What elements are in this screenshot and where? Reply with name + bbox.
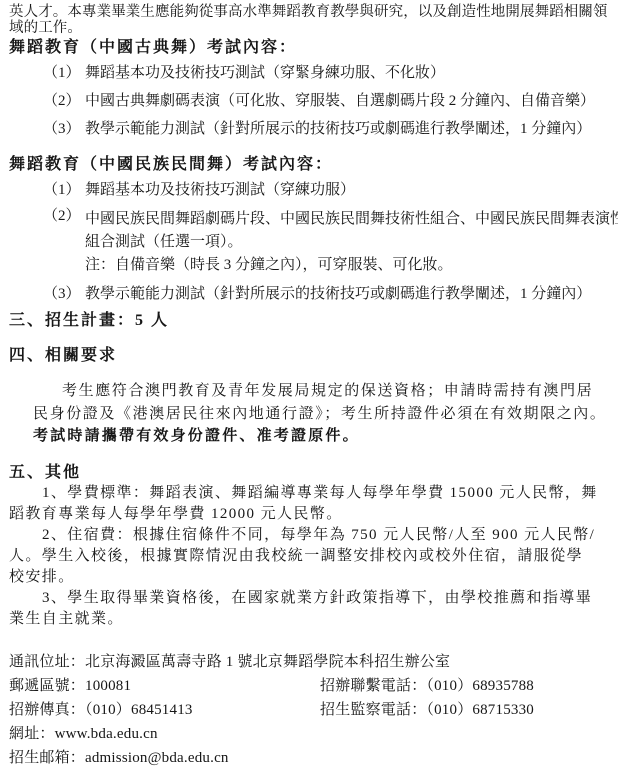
text-line: 舞蹈基本功及技術技巧測試（穿練功服） [85, 182, 355, 198]
text-line: 中國民族民間舞蹈劇碼片段、中國民族民間舞技術性組合、中國民族民間舞表演性 [85, 208, 610, 231]
classical-dance-exam-heading: 舞蹈教育（中國古典舞）考試內容： [9, 39, 610, 57]
text-line: 3、學生取得畢業資格後，在國家就業方針政策指導下，由學校推薦和指導畢 [9, 588, 610, 609]
contact-email: 招生邮箱：admission@bda.edu.cn [9, 746, 610, 766]
others-section: 1、學費標準：舞蹈表演、舞蹈編導專業每人每學年學費 15000 元人民幣，舞 蹈… [9, 483, 610, 630]
text-line: 蹈教育專業每人每學年學費 12000 元人民幣。 [9, 504, 610, 525]
item-text: 教學示範能力測試（針對所展示的技術技巧或劇碼進行教學闡述，1 分鐘內） [85, 286, 610, 303]
item-number: （2） [43, 208, 85, 277]
others-heading: 五、其他 [9, 464, 610, 482]
list-item: （1） 舞蹈基本功及技術技巧測試（穿緊身練功服、不化妝） [43, 65, 610, 82]
contact-postal-code: 郵遞區號：100081 [9, 674, 320, 698]
contact-website: 網址：www.bda.edu.cn [9, 722, 610, 746]
contact-fax: 招辦傳真：（010）68451413 [9, 698, 320, 722]
text-line: 校安排。 [9, 567, 610, 588]
text-line: 舞蹈基本功及技術技巧測試（穿緊身練功服、不化妝） [85, 65, 445, 81]
item-number: （3） [43, 286, 85, 303]
requirements-heading: 四、相關要求 [9, 347, 610, 365]
folk-dance-exam-heading: 舞蹈教育（中國民族民間舞）考試內容： [9, 156, 610, 174]
accommodation-paragraph: 2、住宿費：根據住宿條件不同，每學年為 750 元人民幣/人至 900 元人民幣… [9, 525, 610, 588]
item-number: （1） [43, 65, 85, 82]
text-line: 教學示範能力測試（針對所展示的技術技巧或劇碼進行教學闡述，1 分鐘內） [85, 286, 591, 302]
list-item: （3） 教學示範能力測試（針對所展示的技術技巧或劇碼進行教學闡述，1 分鐘內） [43, 286, 610, 303]
text-line: 中國古典舞劇碼表演（可化妝、穿服裝、自選劇碼片段 2 分鐘內、自備音樂） [85, 93, 595, 109]
contact-row: 郵遞區號：100081 招辦聯繫電話：（010）68935788 [9, 674, 610, 698]
item-text: 中國古典舞劇碼表演（可化妝、穿服裝、自選劇碼片段 2 分鐘內、自備音樂） [85, 93, 610, 110]
text-line: 業生自主就業。 [9, 609, 610, 630]
list-item: （2） 中國古典舞劇碼表演（可化妝、穿服裝、自選劇碼片段 2 分鐘內、自備音樂） [43, 93, 610, 110]
text-line: 民身份證及《港澳居民往來內地通行證》；考生所持證件必須在有效期限之內。 [33, 403, 610, 426]
list-item: （1） 舞蹈基本功及技術技巧測試（穿練功服） [43, 182, 610, 199]
enrollment-plan-heading: 三、招生計畫：5 人 [9, 312, 610, 330]
item-number: （1） [43, 182, 85, 199]
text-line: 域的工作。 [9, 21, 610, 37]
text-line: 1、學費標準：舞蹈表演、舞蹈編導專業每人每學年學費 15000 元人民幣，舞 [9, 483, 610, 504]
text-line: 考生應符合澳門教育及青年发展局規定的保送資格；申請時需持有澳門居 [33, 380, 610, 403]
contact-address: 通訊位址：北京海澱區萬壽寺路 1 號北京舞蹈學院本科招生辦公室 [9, 650, 610, 674]
list-item: （2） 中國民族民間舞蹈劇碼片段、中國民族民間舞技術性組合、中國民族民間舞表演性… [43, 208, 610, 277]
list-item: （3） 教學示範能力測試（針對所展示的技術技巧或劇碼進行教學闡述，1 分鐘內） [43, 121, 610, 138]
contact-block: 通訊位址：北京海澱區萬壽寺路 1 號北京舞蹈學院本科招生辦公室 郵遞區號：100… [9, 650, 610, 766]
item-text: 舞蹈基本功及技術技巧測試（穿練功服） [85, 182, 610, 199]
item-text: 舞蹈基本功及技術技巧測試（穿緊身練功服、不化妝） [85, 65, 610, 82]
document-page: 英人才。本專業畢業生應能夠從事高水準舞蹈教育教學與研究，以及創造性地開展舞蹈相關… [0, 0, 618, 766]
contact-admissions-phone: 招辦聯繫電話：（010）68935788 [320, 674, 534, 698]
text-line: 人。學生入校後，根據實際情況由我校統一調整安排校內或校外住宿，請服從學 [9, 546, 610, 567]
text-line: 英人才。本專業畢業生應能夠從事高水準舞蹈教育教學與研究，以及創造性地開展舞蹈相關… [9, 5, 610, 21]
item-note-line: 注：自備音樂（時長 3 分鐘之內），可穿服裝、可化妝。 [85, 254, 610, 277]
tuition-paragraph: 1、學費標準：舞蹈表演、舞蹈編導專業每人每學年學費 15000 元人民幣，舞 蹈… [9, 483, 610, 525]
contact-row: 招辦傳真：（010）68451413 招生監察電話：（010）68715330 [9, 698, 610, 722]
requirements-paragraph: 考生應符合澳門教育及青年发展局規定的保送資格；申請時需持有澳門居 民身份證及《港… [33, 380, 610, 448]
contact-supervision-phone: 招生監察電話：（010）68715330 [320, 698, 534, 722]
employment-paragraph: 3、學生取得畢業資格後，在國家就業方針政策指導下，由學校推薦和指導畢 業生自主就… [9, 588, 610, 630]
intro-paragraph: 英人才。本專業畢業生應能夠從事高水準舞蹈教育教學與研究，以及創造性地開展舞蹈相關… [9, 5, 610, 36]
text-line: 教學示範能力測試（針對所展示的技術技巧或劇碼進行教學闡述，1 分鐘內） [85, 121, 591, 137]
item-number: （2） [43, 93, 85, 110]
classical-exam-item-list: （1） 舞蹈基本功及技術技巧測試（穿緊身練功服、不化妝） （2） 中國古典舞劇碼… [43, 65, 610, 138]
text-line: 2、住宿費：根據住宿條件不同，每學年為 750 元人民幣/人至 900 元人民幣… [9, 525, 610, 546]
item-text: 中國民族民間舞蹈劇碼片段、中國民族民間舞技術性組合、中國民族民間舞表演性 組合測… [85, 208, 610, 277]
exam-documents-bold-note: 考試時請攜帶有效身份證件、准考證原件。 [33, 425, 610, 448]
item-number: （3） [43, 121, 85, 138]
text-line: 組合測試（任選一項）。 [85, 231, 610, 254]
folk-exam-item-list: （1） 舞蹈基本功及技術技巧測試（穿練功服） （2） 中國民族民間舞蹈劇碼片段、… [43, 182, 610, 303]
item-text: 教學示範能力測試（針對所展示的技術技巧或劇碼進行教學闡述，1 分鐘內） [85, 121, 610, 138]
